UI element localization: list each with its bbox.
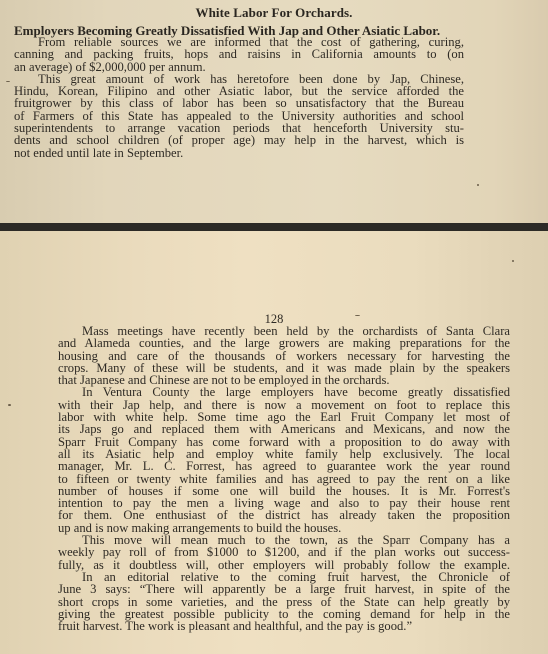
paper-speck: [8, 404, 11, 406]
text-line: manager, Mr. L. C. Forrest, has agreed t…: [58, 460, 510, 472]
text-line: for them. One enthusiast of the district…: [58, 509, 510, 521]
bottom-article-body: Mass meetings have recently been held by…: [58, 325, 510, 632]
text-line: In Ventura County the large employers ha…: [58, 386, 510, 398]
paragraph: In Ventura County the large employers ha…: [58, 386, 510, 534]
paragraph: From reliable sources we are informed th…: [14, 36, 464, 73]
text-line: short crops in some varieties, and the p…: [58, 596, 510, 608]
paper-speck: [6, 81, 10, 82]
text-line: dents and school children (of proper age…: [14, 134, 464, 146]
text-line: to fifteen or twenty white families and …: [58, 473, 510, 485]
page-divider: [0, 223, 548, 231]
paragraph: This move will mean much to the town, as…: [58, 534, 510, 571]
text-line: canning and packing fruits, hops and rai…: [14, 48, 464, 60]
paper-speck: [477, 184, 479, 186]
text-line: June 3 says: “There will apparently be a…: [58, 583, 510, 595]
paragraph: Mass meetings have recently been held by…: [58, 325, 510, 386]
text-line: its Japs go and replaced them with Ameri…: [58, 423, 510, 435]
paragraph: This great amount of work has heretofore…: [14, 73, 464, 159]
top-page-scan: White Labor For Orchards. Employers Beco…: [0, 0, 548, 223]
paragraph: In an editorial relative to the coming f…: [58, 571, 510, 632]
text-line: fruit harvest. The work is pleasant and …: [58, 620, 510, 632]
paper-speck: [512, 260, 514, 262]
article-title: White Labor For Orchards.: [0, 5, 548, 21]
text-line: weekly pay roll of from $1000 to $1200, …: [58, 546, 510, 558]
text-line: fruitgrower by this class of labor has b…: [14, 97, 464, 109]
text-line: not ended until late in September.: [14, 147, 464, 159]
top-article-body: From reliable sources we are informed th…: [14, 36, 464, 159]
text-line: and Alameda counties, and the large grow…: [58, 337, 510, 349]
